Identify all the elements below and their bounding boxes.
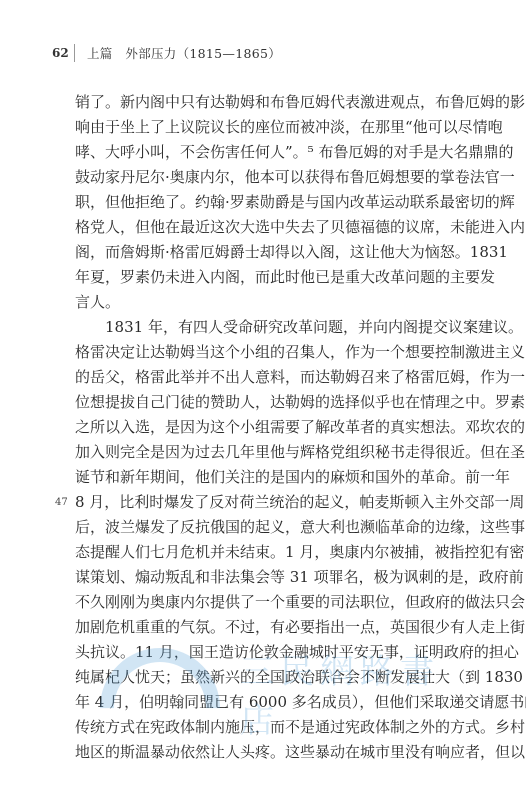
text-line: 态提醒人们七月危机并未结束。1 月，奥康内尔被捕，被指控犯有密 <box>75 540 469 565</box>
text-line: 鼓动家丹尼尔·奥康内尔，他本可以获得布鲁厄姆想要的掌卷法官一 <box>75 165 469 190</box>
text-line: 职，但他拒绝了。约翰·罗素勋爵是与国内改革运动联系最密切的辉 <box>75 190 469 215</box>
text-line: 纯属杞人忧天；虽然新兴的全国政治联合会不断发展壮大（到 1830 <box>75 665 469 690</box>
text-line: 阁，而詹姆斯·格雷厄姆爵士却得以入阁，这让他大为恼怒。1831 <box>75 240 469 265</box>
body-text: 销了。新内阁中只有达勒姆和布鲁厄姆代表激进观点，布鲁厄姆的影响由于坐上了上议院议… <box>75 90 469 765</box>
header-divider <box>74 44 75 62</box>
text-line: 言人。 <box>75 290 469 315</box>
text-line: 头抗议。11 月，国王造访伦敦金融城时平安无事，证明政府的担心 <box>75 640 469 665</box>
text-line: 加入则完全是因为过去几年里他与辉格党组织秘书走得很近。但在圣 <box>75 440 469 465</box>
text-line: 年夏，罗素仍未进入内阁，而此时他已是重大改革问题的主要发 <box>75 265 469 290</box>
text-line: 诞节和新年期间，他们关注的是国内的麻烦和国外的革命。前一年 <box>75 465 469 490</box>
text-line: 1831 年，有四人受命研究改革问题，并向内阁提交议案建议。 <box>75 315 469 340</box>
text-line: 地区的斯温暴动依然让人头疼。这些暴动在城市里没有响应者，但以 <box>75 740 469 765</box>
text-line: 不久刚刚为奥康内尔提供了一个重要的司法职位，但政府的做法只会 <box>75 590 469 615</box>
text-line: 销了。新内阁中只有达勒姆和布鲁厄姆代表激进观点，布鲁厄姆的影 <box>75 90 469 115</box>
page-header: 62 上篇 外部压力（1815—1865） <box>52 44 281 62</box>
text-line: 响由于坐上了上议院议长的座位而被冲淡，在那里“他可以尽情咆 <box>75 115 469 140</box>
text-line: 谋策划、煽动叛乱和非法集会等 31 项罪名，极为讽刺的是，政府前 <box>75 565 469 590</box>
text-line: 之所以入选，是因为这个小组需要了解改革者的真实想法。邓坎农的 <box>75 415 469 440</box>
text-line: 格雷决定让达勒姆当这个小组的召集人，作为一个想要控制激进主义 <box>75 340 469 365</box>
text-line: 的岳父，格雷此举并不出人意料，而达勒姆召来了格雷厄姆，作为一 <box>75 365 469 390</box>
text-line: 后，波兰爆发了反抗俄国的起义，意大利也濒临革命的边缘，这些事 <box>75 515 469 540</box>
text-line: 8 月，比利时爆发了反对荷兰统治的起义，帕麦斯顿入主外交部一周 <box>75 490 469 515</box>
text-line: 年 4 月，伯明翰同盟已有 6000 多名成员），但他们采取递交请愿书的 <box>75 690 469 715</box>
text-line: 格党人，但他在最近这次大选中失去了贝德福德的议席，未能进入内 <box>75 215 469 240</box>
page-number: 62 <box>52 46 74 60</box>
running-title: 上篇 外部压力（1815—1865） <box>87 44 281 62</box>
text-line: 加剧危机重重的气氛。不过，有必要指出一点，英国很少有人走上街 <box>75 615 469 640</box>
margin-page-reference: 47 <box>55 490 68 515</box>
text-line: 位想提拔自己门徒的赞助人，达勒姆的选择似乎也在情理之中。罗素 <box>75 390 469 415</box>
text-line: 传统方式在宪政体制内施压，而不是通过宪政体制之外的方式。乡村 <box>75 715 469 740</box>
text-line: 哮、大呼小叫，不会伤害任何人”。⁵ 布鲁厄姆的对手是大名鼎鼎的 <box>75 140 469 165</box>
